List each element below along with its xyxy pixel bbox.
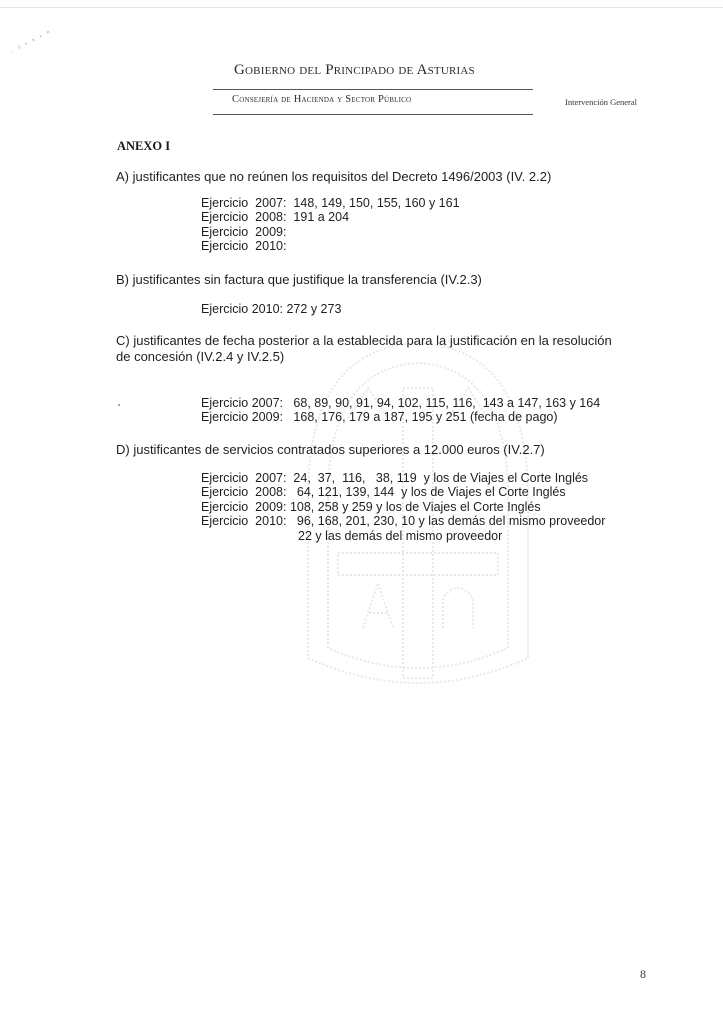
entry-value: 96, 168, 201, 230, 10 y las demás del mi… xyxy=(293,514,605,528)
entry-row: Ejercicio 2009: xyxy=(201,225,460,239)
page-top-edge xyxy=(0,7,723,8)
entry-value: 24, 37, 116, 38, 119 y los de Viajes el … xyxy=(293,471,588,485)
letterhead-rule-bottom xyxy=(213,114,533,115)
entry-row: Ejercicio 2009: 168, 176, 179 a 187, 195… xyxy=(201,410,600,424)
stray-mark xyxy=(118,404,120,406)
entry-row: Ejercicio 2008: 64, 121, 139, 144 y los … xyxy=(201,485,605,499)
entry-value: 168, 176, 179 a 187, 195 y 251 (fecha de… xyxy=(293,410,557,424)
section-d-heading: D) justificantes de servicios contratado… xyxy=(116,442,545,458)
letterhead-department: Consejería de Hacienda y Sector Público xyxy=(232,94,411,105)
entry-label: Ejercicio 2007: xyxy=(201,196,286,210)
entry-value: 108, 258 y 259 y los de Viajes el Corte … xyxy=(290,500,541,514)
entry-label: Ejercicio 2007: xyxy=(201,471,286,485)
entry-continuation: 22 y las demás del mismo proveedor xyxy=(201,529,605,543)
section-c-heading-line-1: C) justificantes de fecha posterior a la… xyxy=(116,333,612,349)
entry-label: Ejercicio 2010: xyxy=(201,514,286,528)
entry-row: Ejercicio 2007: 68, 89, 90, 91, 94, 102,… xyxy=(201,396,600,410)
section-c-entries: Ejercicio 2007: 68, 89, 90, 91, 94, 102,… xyxy=(201,396,600,425)
entry-label: Ejercicio 2008: xyxy=(201,485,286,499)
entry-row: Ejercicio 2008: 191 a 204 xyxy=(201,210,460,224)
entry-row: Ejercicio 2007: 24, 37, 116, 38, 119 y l… xyxy=(201,471,605,485)
entry-row: Ejercicio 2009: 108, 258 y 259 y los de … xyxy=(201,500,605,514)
entry-value: 64, 121, 139, 144 y los de Viajes el Cor… xyxy=(293,485,565,499)
section-a-entries: Ejercicio 2007: 148, 149, 150, 155, 160 … xyxy=(201,196,460,254)
entry-value: 68, 89, 90, 91, 94, 102, 115, 116, 143 a… xyxy=(293,396,600,410)
annex-title: ANEXO I xyxy=(117,139,170,154)
entry-value: 272 y 273 xyxy=(286,302,341,316)
section-a-heading: A) justificantes que no reúnen los requi… xyxy=(116,169,551,185)
entry-label: Ejercicio 2009: xyxy=(201,410,283,424)
entry-row: Ejercicio 2010: 96, 168, 201, 230, 10 y … xyxy=(201,514,605,528)
page-number: 8 xyxy=(640,967,646,982)
section-b-entries: Ejercicio 2010: 272 y 273 xyxy=(201,302,341,316)
entry-row: Ejercicio 2007: 148, 149, 150, 155, 160 … xyxy=(201,196,460,210)
entry-label: Ejercicio 2010: xyxy=(201,239,286,253)
entry-value: 148, 149, 150, 155, 160 y 161 xyxy=(293,196,459,210)
entry-label: Ejercicio 2010: xyxy=(201,302,283,316)
letterhead-office: Intervención General xyxy=(565,97,637,107)
section-d-entries: Ejercicio 2007: 24, 37, 116, 38, 119 y l… xyxy=(201,471,605,543)
entry-label: Ejercicio 2007: xyxy=(201,396,283,410)
entry-label: Ejercicio 2008: xyxy=(201,210,286,224)
letterhead-title: Gobierno del Principado de Asturias xyxy=(234,62,475,79)
entry-value: 191 a 204 xyxy=(293,210,349,224)
entry-row: Ejercicio 2010: xyxy=(201,239,460,253)
margin-handwritten-mark: · ³ ˢ ⁿ ᵉ ⁿ xyxy=(9,16,90,84)
section-b-heading: B) justificantes sin factura que justifi… xyxy=(116,272,482,288)
section-c-heading: C) justificantes de fecha posterior a la… xyxy=(116,333,612,365)
section-c-heading-line-2: de concesión (IV.2.4 y IV.2.5) xyxy=(116,349,612,365)
entry-label: Ejercicio 2009: xyxy=(201,225,286,239)
letterhead-rule-top xyxy=(213,89,533,90)
entry-label: Ejercicio 2009: xyxy=(201,500,286,514)
entry-row: Ejercicio 2010: 272 y 273 xyxy=(201,302,341,316)
